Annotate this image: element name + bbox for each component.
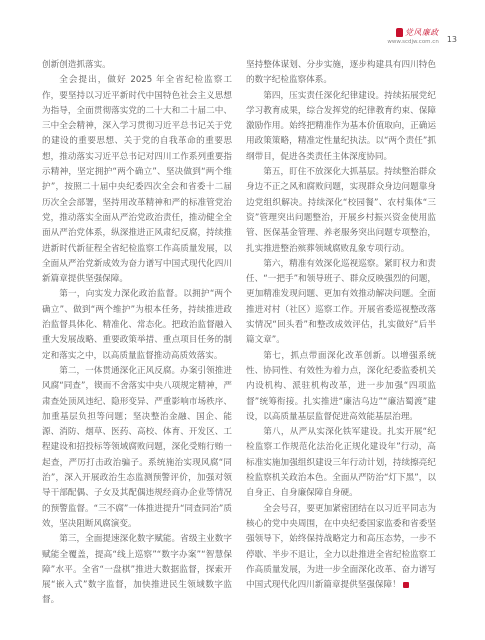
paragraph: 第八，从严从实深化铁军建设。扎实开展“纪检监察工作规范化法治化正规化建设年”行动… [246,425,436,501]
logo-emblem-icon [396,28,403,37]
left-column: 创新创造抓落实。 全会提出，做好 2025 年全省纪检监察工作，要坚持以习近平新… [42,58,232,609]
brand-logo: 党风廉政 [396,27,439,38]
paragraph: 第一，向实发力深化政治监督。以拥护“两个确立”、做到“两个维护”为根本任务，持续… [42,287,232,363]
paragraph: 第二，一体贯通深化正风反腐。办案引领推进风腐“同查”，锲而不舍落实中央八项规定精… [42,364,232,532]
paragraph: 全会提出，做好 2025 年全省纪检监察工作，要坚持以习近平新时代中国特色社会主… [42,73,232,287]
end-mark-icon [403,582,409,588]
paragraph-continuation: 坚持整体谋划、分步实施，逐步构建具有四川特色的数字纪检监察体系。 [246,58,436,89]
paragraph: 第三，全面提速深化数字赋能。省级主业数字赋能全覆盖，提高“线上巡察”“数字办案”… [42,532,232,608]
logo-text: 党风廉政 [405,27,439,38]
paragraph-continuation: 创新创造抓落实。 [42,58,232,73]
website-url: www.scdjw.com.cn [387,39,438,45]
right-column: 坚持整体谋划、分步实施，逐步构建具有四川特色的数字纪检监察体系。 第四，压实责任… [246,58,436,593]
page-header: 党风廉政 www.scdjw.com.cn 13 [387,27,457,45]
paragraph: 第七，抓点带面深化改革创新。以增强系统性、协同性、有效性为着力点，深化纪委监委机… [246,349,436,425]
paragraph: 第四，压实责任深化纪律建设。持续拓展党纪学习教育成果，综合发挥党的纪律教育约束、… [246,89,436,165]
paragraph: 第六，精准有效深化巡视巡察。紧盯权力和责任、“一把手”和领导班子、群众反映强烈的… [246,257,436,349]
paragraph: 第五，盯住不放深化大抓基层。持续整治群众身边不正之风和腐败问题，实现群众身边问题… [246,165,436,257]
paragraph-closing: 全会号召，要更加紧密团结在以习近平同志为核心的党中央周围，在中央纪委国家监委和省… [246,502,436,594]
publication-brand: 党风廉政 www.scdjw.com.cn [387,27,438,45]
page-number: 13 [447,35,457,45]
closing-text: 全会号召，要更加紧密团结在以习近平同志为核心的党中央周围，在中央纪委国家监委和省… [246,504,436,590]
